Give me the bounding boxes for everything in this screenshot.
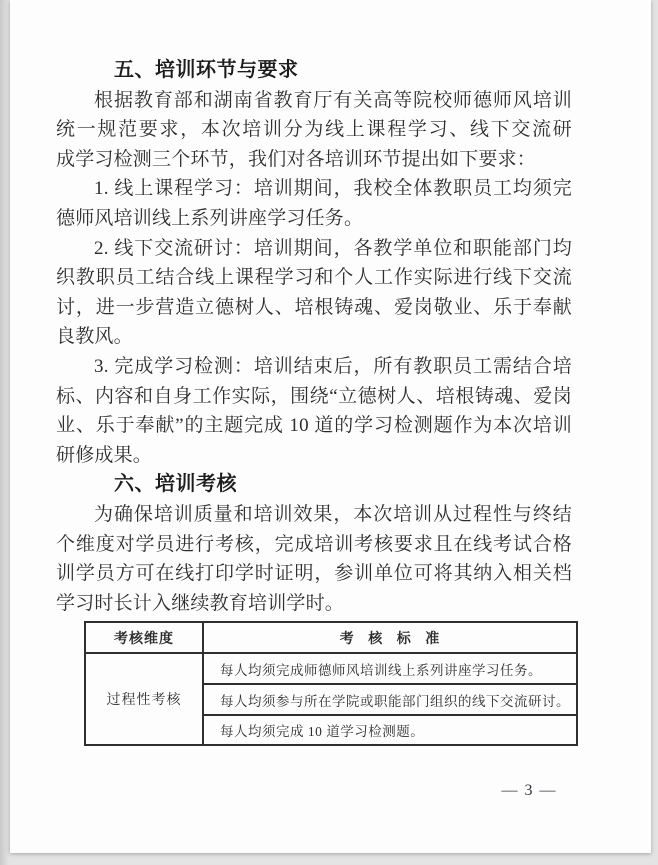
document-page: 五、培训环节与要求 根据教育部和湖南省教育厅有关高等院校师德师风培训的 统一规范… (10, 0, 651, 853)
process-assessment-label: 过程性考核 (85, 653, 203, 745)
section5-para1-line2: 统一规范要求，本次培训分为线上课程学习、线下交流研讨、完 (56, 115, 572, 145)
section6-para1-line2: 个维度对学员进行考核，完成培训考核要求且在线考试合格的参 (56, 530, 572, 560)
section5-item2-line2: 织教职员工结合线上课程学习和个人工作实际进行线下交流研 (56, 263, 572, 293)
scan-background: 五、培训环节与要求 根据教育部和湖南省教育厅有关高等院校师德师风培训的 统一规范… (0, 0, 658, 865)
criterion-3: 每人均须完成 10 道学习检测题。 (203, 715, 577, 745)
section6-para1-line4: 学习时长计入继续教育培训学时。 (56, 589, 572, 619)
section5-item2-line1: 2. 线下交流研讨：培训期间，各教学单位和职能部门均应组 (56, 234, 572, 264)
section5-item1-line1: 1. 线上课程学习：培训期间，我校全体教职员工均须完成师 (56, 174, 572, 204)
section5-para1-line1: 根据教育部和湖南省教育厅有关高等院校师德师风培训的 (56, 86, 572, 116)
section5-item3-line1: 3. 完成学习检测：培训结束后，所有教职员工需结合培训目 (56, 352, 572, 382)
section5-heading: 五、培训环节与要求 (56, 56, 572, 86)
section5-item3-line4: 研修成果。 (56, 441, 572, 471)
section5-item2-line4: 良教风。 (56, 322, 572, 352)
section5-item3-line2: 标、内容和自身工作实际，围绕“立德树人、培根铸魂、爱岗敬 (56, 382, 572, 412)
criterion-1: 每人均须完成师德师风培训线上系列讲座学习任务。 (203, 653, 577, 684)
document-body: 五、培训环节与要求 根据教育部和湖南省教育厅有关高等院校师德师风培训的 统一规范… (56, 56, 572, 746)
assessment-table: 考核维度 考 核 标 准 过程性考核 每人均须完成师德师风培训线上系列讲座学习任… (84, 621, 578, 746)
page-number: — 3 — (502, 782, 558, 800)
section6-heading: 六、培训考核 (56, 470, 572, 500)
section5-para1-line3: 成学习检测三个环节，我们对各培训环节提出如下要求： (56, 145, 572, 175)
section6-para1-line3: 训学员方可在线打印学时证明，参训单位可将其纳入相关档案， (56, 559, 572, 589)
assessment-dimension-header: 考核维度 (85, 622, 203, 653)
assessment-table-header-row: 考核维度 考 核 标 准 (85, 622, 577, 653)
table-row: 过程性考核 每人均须完成师德师风培训线上系列讲座学习任务。 (85, 653, 577, 684)
section5-item2-line3: 讨，进一步营造立德树人、培根铸魂、爱岗敬业、乐于奉献的优 (56, 293, 572, 323)
assessment-standard-header: 考 核 标 准 (203, 622, 577, 653)
section5-item1-line2: 德师风培训线上系列讲座学习任务。 (56, 204, 572, 234)
section5-item3-line3: 业、乐于奉献”的主题完成 10 道的学习检测题作为本次培训的 (56, 411, 572, 441)
criterion-2: 每人均须参与所在学院或职能部门组织的线下交流研讨。 (203, 684, 577, 715)
section6-para1-line1: 为确保培训质量和培训效果，本次培训从过程性与终结性两 (56, 500, 572, 530)
